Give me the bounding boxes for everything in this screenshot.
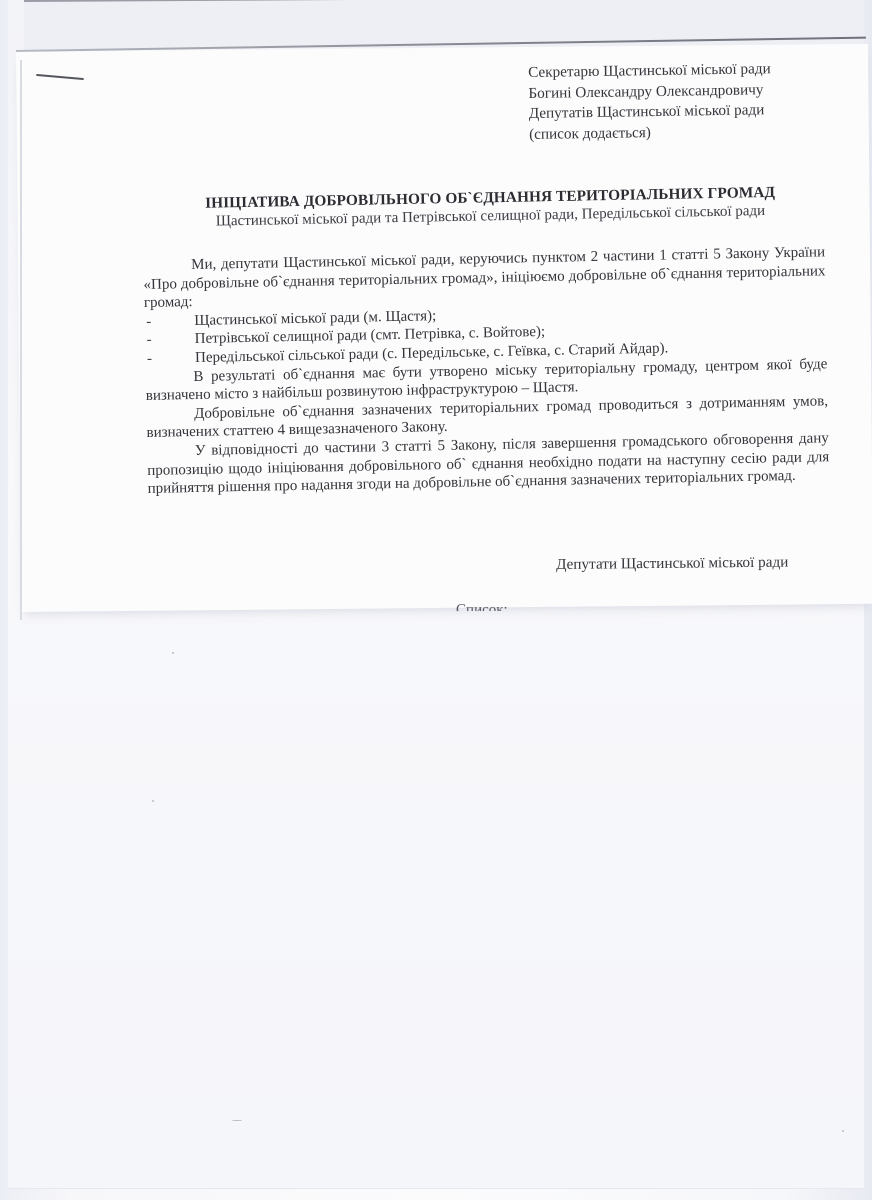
addressee-block: Секретарю Щастинської міської ради Богин… [528, 59, 772, 145]
scan-speck [842, 1130, 844, 1132]
dash-bullet: - [146, 313, 151, 332]
addressee-line: Депутатів Щастинської міської ради [529, 100, 772, 124]
addressee-line: (список додається) [529, 121, 772, 145]
sheet-left-edge [20, 60, 22, 620]
document-body: Ми, депутати Щастинської міської ради, к… [143, 243, 830, 498]
scan-speck [232, 1120, 242, 1121]
scan-speck [172, 652, 174, 654]
scan-speck [152, 800, 154, 802]
signature-line: Депутати Щастинської міської ради [556, 554, 788, 574]
dash-bullet: - [146, 331, 151, 350]
list-heading-partial: Список: [456, 602, 508, 611]
dash-bullet: - [147, 350, 152, 369]
scanned-page: Секретарю Щастинської міської ради Богин… [0, 0, 872, 1200]
